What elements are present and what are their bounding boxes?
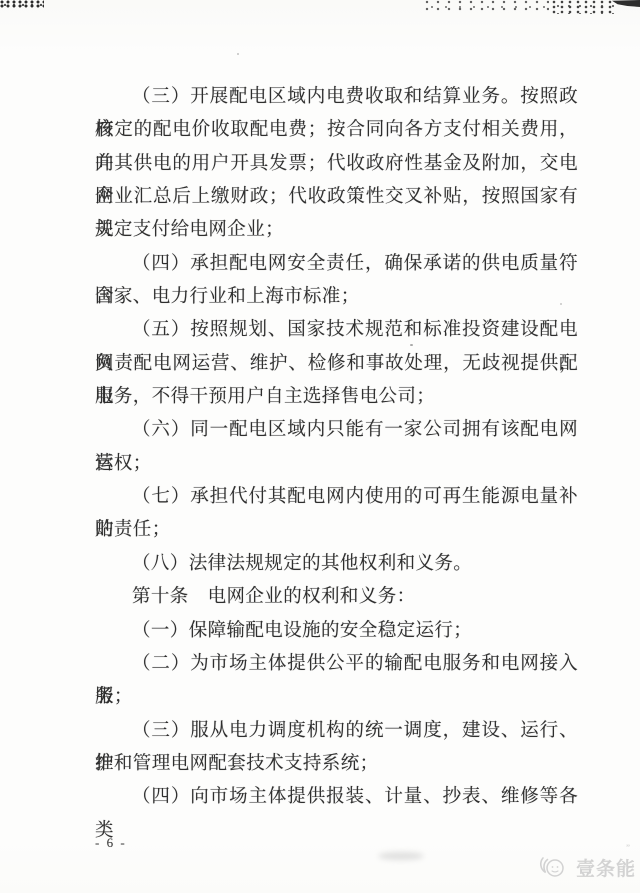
watermark-text: 壹条能 <box>576 854 636 881</box>
scanned-document-page: （三）开展配电区域内电费收取和结算业务。按照政府核定的配电价收取配电费；按合同向… <box>0 0 640 893</box>
text-line: （四）承担配电网安全责任，确保承诺的供电质量符合 <box>95 248 578 281</box>
text-line: （五）按照规划、国家技术规范和标准投资建设配电网， <box>95 314 578 347</box>
scan-speck: ” <box>626 843 630 853</box>
text-line: 核定的配电价收取配电费；按合同向各方支付相关费用，并 <box>95 114 578 147</box>
text-line: （二）为市场主体提供公平的输配电服务和电网接入服 <box>95 648 578 681</box>
text-line: 向其供电的用户开具发票；代收政府性基金及附加，交电网 <box>95 148 578 181</box>
scan-noise-top-left <box>0 0 44 8</box>
text-line: 的责任； <box>95 514 578 547</box>
text-line: 营权； <box>95 448 578 481</box>
text-line: （一）保障输配电设施的安全稳定运行； <box>95 615 578 648</box>
text-line: （三）开展配电区域内电费收取和结算业务。按照政府 <box>95 81 578 114</box>
text-line: 服务，不得干预用户自主选择售电公司； <box>95 381 578 414</box>
text-line: （七）承担代付其配电网内使用的可再生能源电量补贴 <box>95 481 578 514</box>
scan-speck <box>237 53 239 55</box>
text-line: （四）向市场主体提供报装、计量、抄表、维修等各类 <box>95 781 578 814</box>
scan-noise-top-center <box>424 0 549 13</box>
yitiaoneng-logo-icon <box>538 855 572 881</box>
scan-noise-corner <box>612 0 640 7</box>
page-number: - 6 - <box>95 835 127 851</box>
text-line: 国家、电力行业和上海市标准； <box>95 281 578 314</box>
scan-smudge <box>378 852 424 860</box>
text-line: （六）同一配电区域内只能有一家公司拥有该配电网运 <box>95 414 578 447</box>
text-line: 负责配电网运营、维护、检修和事故处理，无歧视提供配电 <box>95 348 578 381</box>
text-line: 规定支付给电网企业； <box>95 214 578 247</box>
document-body: （三）开展配电区域内电费收取和结算业务。按照政府核定的配电价收取配电费；按合同向… <box>95 81 578 815</box>
text-line: 企业汇总后上缴财政；代收政策性交叉补贴，按照国家有关 <box>95 181 578 214</box>
text-line: 务； <box>95 681 578 714</box>
text-line: 第十条 电网企业的权利和义务： <box>95 581 578 614</box>
text-line: 护和管理电网配套技术支持系统； <box>95 748 578 781</box>
watermark: 壹条能 <box>538 854 636 881</box>
text-line: （八）法律法规规定的其他权利和义务。 <box>95 548 578 581</box>
text-line: （三）服从电力调度机构的统一调度，建设、运行、维 <box>95 715 578 748</box>
scan-noise-top-right <box>552 0 616 14</box>
